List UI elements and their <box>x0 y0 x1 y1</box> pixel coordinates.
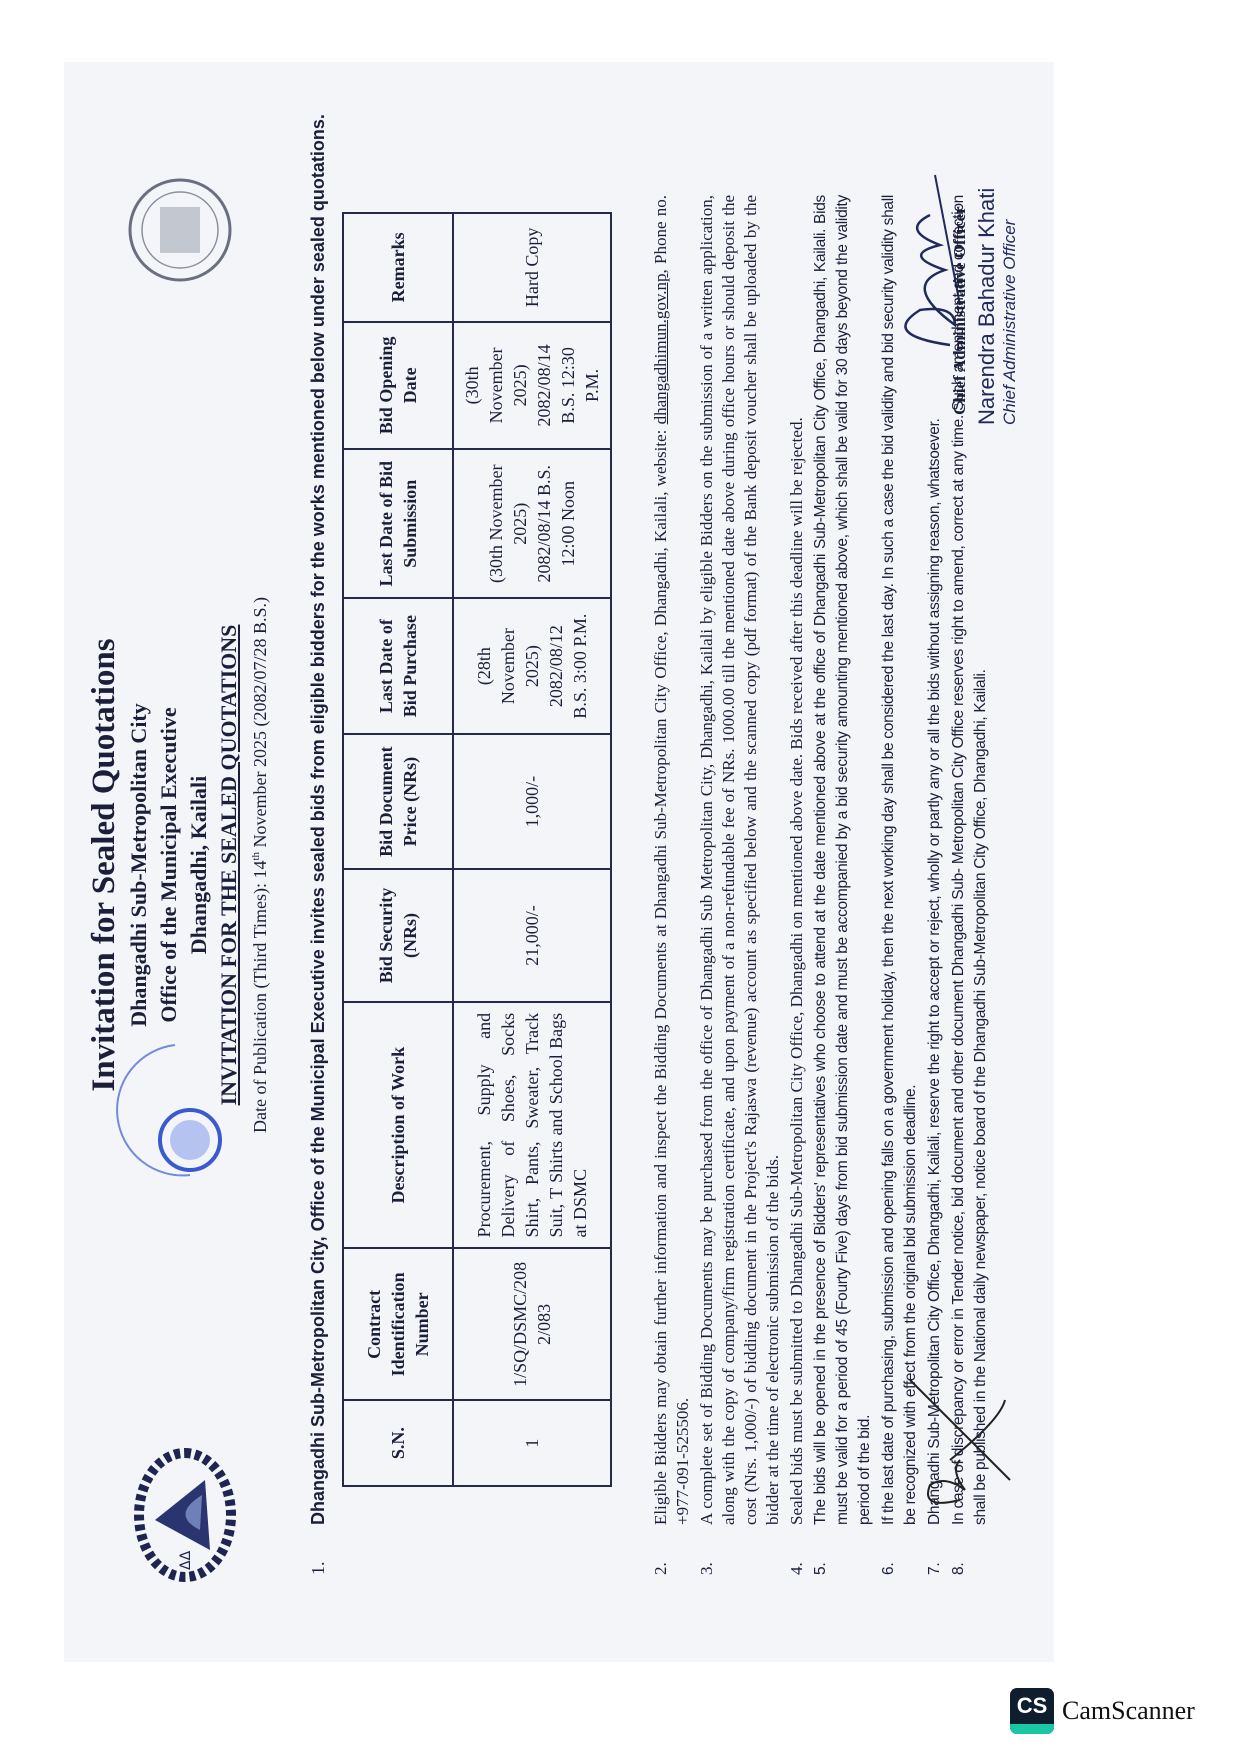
table-header-row: S.N. Contract Identification Number Desc… <box>343 213 453 1486</box>
org-line-3: Dhangadhi, Kailali <box>184 75 214 1655</box>
condition-item: 3. A complete set of Bidding Documents m… <box>696 195 784 1525</box>
condition-item: 2. Eligible Bidders may obtain further i… <box>650 195 694 1525</box>
cell-description: Procurement, Supply and Delivery of Shoe… <box>453 1002 611 1249</box>
camscanner-watermark: CS CamScanner <box>1010 1688 1195 1734</box>
org-line-2: Office of the Municipal Executive <box>154 75 184 1655</box>
condition-text: The bids will be opened in the presence … <box>812 195 873 1525</box>
notice-subtitle: INVITATION FOR THE SEALED QUOTATIONS <box>214 75 244 1655</box>
title-block: Invitation for Sealed Quotations Dhangad… <box>84 75 272 1655</box>
item-number: 4. <box>786 1562 808 1575</box>
bid-schedule-table: S.N. Contract Identification Number Desc… <box>342 212 612 1487</box>
signature-left-icon <box>890 1370 1020 1520</box>
condition-text: Sealed bids must be submitted to Dhangad… <box>787 417 806 1525</box>
invitation-text: Dhangadhi Sub-Metropolitan City, Office … <box>308 114 328 1525</box>
col-opening-date: Bid Opening Date <box>343 322 453 449</box>
signatory-block: Chief Administrative Officer Narendra Ba… <box>950 95 1020 425</box>
publication-date-prefix: Date of Publication (Third Times): 14 <box>250 861 270 1133</box>
col-doc-price: Bid Document Price (NRs) <box>343 734 453 869</box>
col-bid-security: Bid Security (NRs) <box>343 869 453 1002</box>
item-number: 6. <box>878 1563 900 1575</box>
cell-sn: 1 <box>453 1400 611 1486</box>
condition-text: A complete set of Bidding Documents may … <box>697 195 782 1525</box>
condition-item: 5. The bids will be opened in the presen… <box>810 195 876 1525</box>
cell-purchase-date: (28th November 2025) 2082/08/12 B.S. 3:0… <box>453 598 611 734</box>
col-remarks: Remarks <box>343 213 453 322</box>
col-contract-id: Contract Identification Number <box>343 1248 453 1400</box>
item-number: 2. <box>650 1562 672 1575</box>
table-row: 1 1/SQ/DSMC/2082/083 Procurement, Supply… <box>453 213 611 1486</box>
publication-date-sup: th <box>250 852 262 861</box>
condition-item: 6. If the last date of purchasing, submi… <box>878 195 922 1525</box>
condition-text: Eligible Bidders may obtain further info… <box>651 424 670 1525</box>
camscanner-brand: CamScanner <box>1062 1696 1195 1726</box>
condition-item: 7. Dhangadhi Sub-Metropolitan City Offic… <box>924 195 946 1525</box>
condition-item: 4. Sealed bids must be submitted to Dhan… <box>786 195 808 1525</box>
col-purchase-date: Last Date of Bid Purchase <box>343 598 453 734</box>
condition-text: If the last date of purchasing, submissi… <box>880 195 919 1525</box>
publication-date-suffix: November 2025 (2082/07/28 B.S.) <box>250 597 270 852</box>
notice-header: ΔΔ Invitation for Sealed Quotations Dhan… <box>70 75 270 1655</box>
col-description: Description of Work <box>343 1002 453 1249</box>
signatory-role: Chief Administrative Officer <box>950 95 970 425</box>
cell-bid-security: 21,000/- <box>453 869 611 1002</box>
item-number: 7. <box>924 1563 946 1575</box>
signatory-name: Narendra Bahadur Khati <box>974 95 1000 425</box>
cell-doc-price: 1,000/- <box>453 734 611 869</box>
website-link[interactable]: dhangadhimun.gov.np <box>651 273 670 424</box>
invitation-statement: 1. Dhangadhi Sub-Metropolitan City, Offi… <box>308 114 329 1525</box>
signatory-stamp-role: Chief Administrative Officer <box>1000 95 1020 425</box>
cell-contract-id: 1/SQ/DSMC/2082/083 <box>453 1248 611 1400</box>
notice-title: Invitation for Sealed Quotations <box>84 75 124 1655</box>
col-sn: S.N. <box>343 1400 453 1486</box>
item-number: 1. <box>308 1562 329 1576</box>
item-number: 5. <box>810 1563 832 1575</box>
condition-text: Dhangadhi Sub-Metropolitan City Office, … <box>926 418 943 1525</box>
cell-submission-date: (30th November 2025) 2082/08/14 B.S. 12:… <box>453 449 611 598</box>
org-line-1: Dhangadhi Sub-Metropolitan City <box>124 75 154 1655</box>
camscanner-logo-icon: CS <box>1010 1688 1054 1734</box>
conditions-list: 2. Eligible Bidders may obtain further i… <box>650 195 994 1525</box>
cell-opening-date: (30th November 2025) 2082/08/14 B.S. 12:… <box>453 322 611 449</box>
publication-date: Date of Publication (Third Times): 14th … <box>244 75 272 1655</box>
cell-remarks: Hard Copy <box>453 213 611 322</box>
notice-page: ΔΔ Invitation for Sealed Quotations Dhan… <box>70 75 1050 1655</box>
col-submission-date: Last Date of Bid Submission <box>343 449 453 598</box>
item-number: 8. <box>948 1563 970 1575</box>
item-number: 3. <box>696 1562 718 1575</box>
